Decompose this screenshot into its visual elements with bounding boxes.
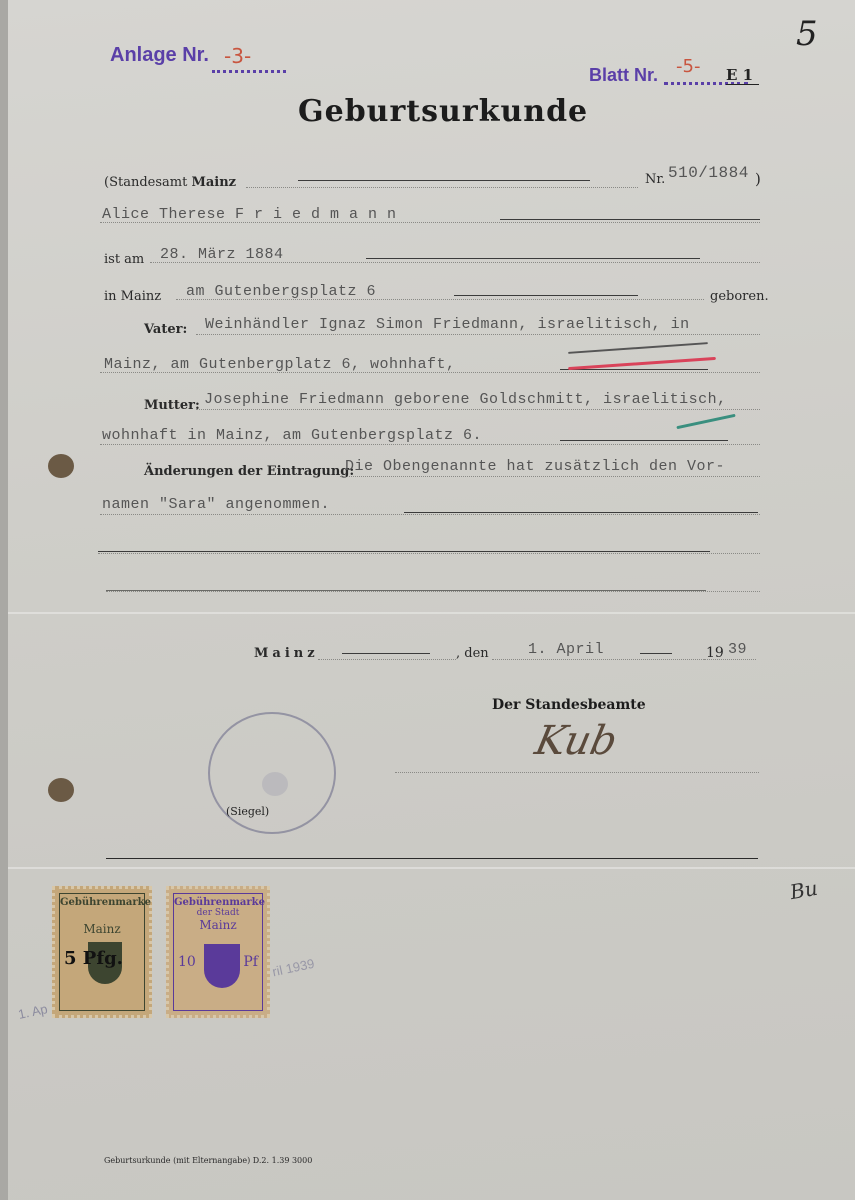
mother-line-1: Josephine Friedmann geborene Goldschmitt…: [204, 391, 727, 408]
official-signature: Kub: [531, 718, 621, 764]
father-line-2: Mainz, am Gutenbergplatz 6, wohnhaft,: [104, 356, 456, 373]
born-suffix: geboren.: [710, 289, 769, 304]
blank-rule-1: [98, 551, 710, 552]
mother-fill-line: [560, 440, 728, 441]
birth-date-dotted-line: [150, 262, 760, 263]
blatt-value: -5-: [676, 56, 700, 77]
mother-label: Mutter:: [144, 398, 200, 413]
date-fill-line: [640, 653, 672, 654]
fee-stamp-5pf: Gebührenmarke Mainz 5 Pfg.: [52, 886, 152, 1018]
anlage-value: -3-: [224, 44, 251, 68]
standesamt-fill-line: [298, 180, 590, 181]
nr-label: Nr.: [645, 172, 665, 187]
blank-dotted-line-1: [98, 553, 760, 554]
anlage-underline: [212, 70, 286, 73]
seal-emblem-icon: [262, 772, 288, 796]
punch-hole: [48, 778, 74, 802]
father-dotted-line-2: [100, 372, 760, 373]
issue-date: 1. April: [528, 641, 604, 658]
changes-line-2: namen "Sara" angenommen.: [102, 496, 330, 513]
bottom-rule: [106, 858, 758, 859]
birth-place: am Gutenbergsplatz 6: [186, 283, 376, 300]
fold-crease: [8, 612, 855, 614]
changes-dotted-line-2: [100, 514, 760, 515]
father-dotted-line-1: [196, 334, 760, 335]
born-on-label: ist am: [104, 252, 144, 267]
changes-fill-line: [404, 512, 758, 513]
blank-dotted-line-2: [106, 591, 760, 592]
name-dotted-line: [100, 222, 760, 223]
year-dotted-line: [704, 659, 756, 660]
standesamt-label: (Standesamt Mainz: [104, 175, 236, 190]
father-label: Vater:: [144, 322, 187, 337]
signature-dotted-line: [395, 772, 759, 773]
mother-dotted-line-2: [100, 444, 760, 445]
birth-place-fill-line: [454, 295, 638, 296]
mother-dotted-line-1: [196, 409, 760, 410]
father-line-1: Weinhändler Ignaz Simon Friedmann, israe…: [205, 316, 690, 333]
changes-line-1: Die Obengenannte hat zusätzlich den Vor-: [345, 458, 725, 475]
changes-dotted-line-1: [340, 476, 760, 477]
date-label: , den: [456, 646, 489, 661]
blatt-label: Blatt Nr.: [589, 65, 658, 86]
stamp-city: Mainz: [174, 918, 262, 932]
stamp-header: Gebührenmarke: [174, 897, 262, 908]
margin-initials: Bu: [788, 876, 819, 904]
date-dotted-line: [492, 659, 704, 660]
fee-stamp-10pf: Gebührenmarke der Stadt Mainz 10 Pf: [166, 886, 270, 1018]
place-label: Mainz: [254, 646, 319, 661]
fold-crease: [8, 867, 855, 869]
stamp-header: Gebührenmarke: [60, 897, 144, 908]
stamp-value-right: Pf: [243, 954, 258, 970]
stamp-value: 5 Pfg.: [64, 948, 123, 969]
birth-date-fill-line: [366, 258, 700, 259]
birth-date: 28. März 1884: [160, 246, 284, 263]
seal-label: (Siegel): [226, 805, 269, 818]
mainz-wheel-shield-icon: [204, 944, 240, 988]
paper-edge: [0, 0, 8, 1200]
anlage-label: Anlage Nr.: [110, 44, 209, 67]
place-dotted-line: [318, 659, 456, 660]
name-fill-line: [500, 219, 760, 220]
stamp-city: Mainz: [60, 922, 144, 936]
child-name: Alice Therese F r i e d m a n n: [102, 206, 397, 223]
mother-line-2: wohnhaft in Mainz, am Gutenbergsplatz 6.: [102, 427, 482, 444]
birth-place-dotted-line: [176, 299, 704, 300]
standesamt-dotted-line: [246, 187, 638, 188]
official-title: Der Standesbeamte: [492, 697, 646, 713]
year-value: 39: [728, 641, 747, 658]
page-title: Geburtsurkunde: [298, 94, 588, 129]
changes-label: Änderungen der Eintragung:: [144, 464, 354, 479]
nr-close: ): [755, 170, 761, 188]
born-in-label: in Mainz: [104, 289, 161, 304]
place-fill-line: [342, 653, 430, 654]
corner-page-number: 5: [796, 14, 818, 54]
punch-hole: [48, 454, 74, 478]
form-code: E 1: [726, 66, 759, 85]
stamp-value-left: 10: [178, 954, 196, 970]
stamp-sub: der Stadt: [174, 908, 262, 918]
form-footer: Geburtsurkunde (mit Elternangabe) D.2. 1…: [104, 1156, 312, 1165]
register-number: 510/1884: [668, 164, 749, 182]
